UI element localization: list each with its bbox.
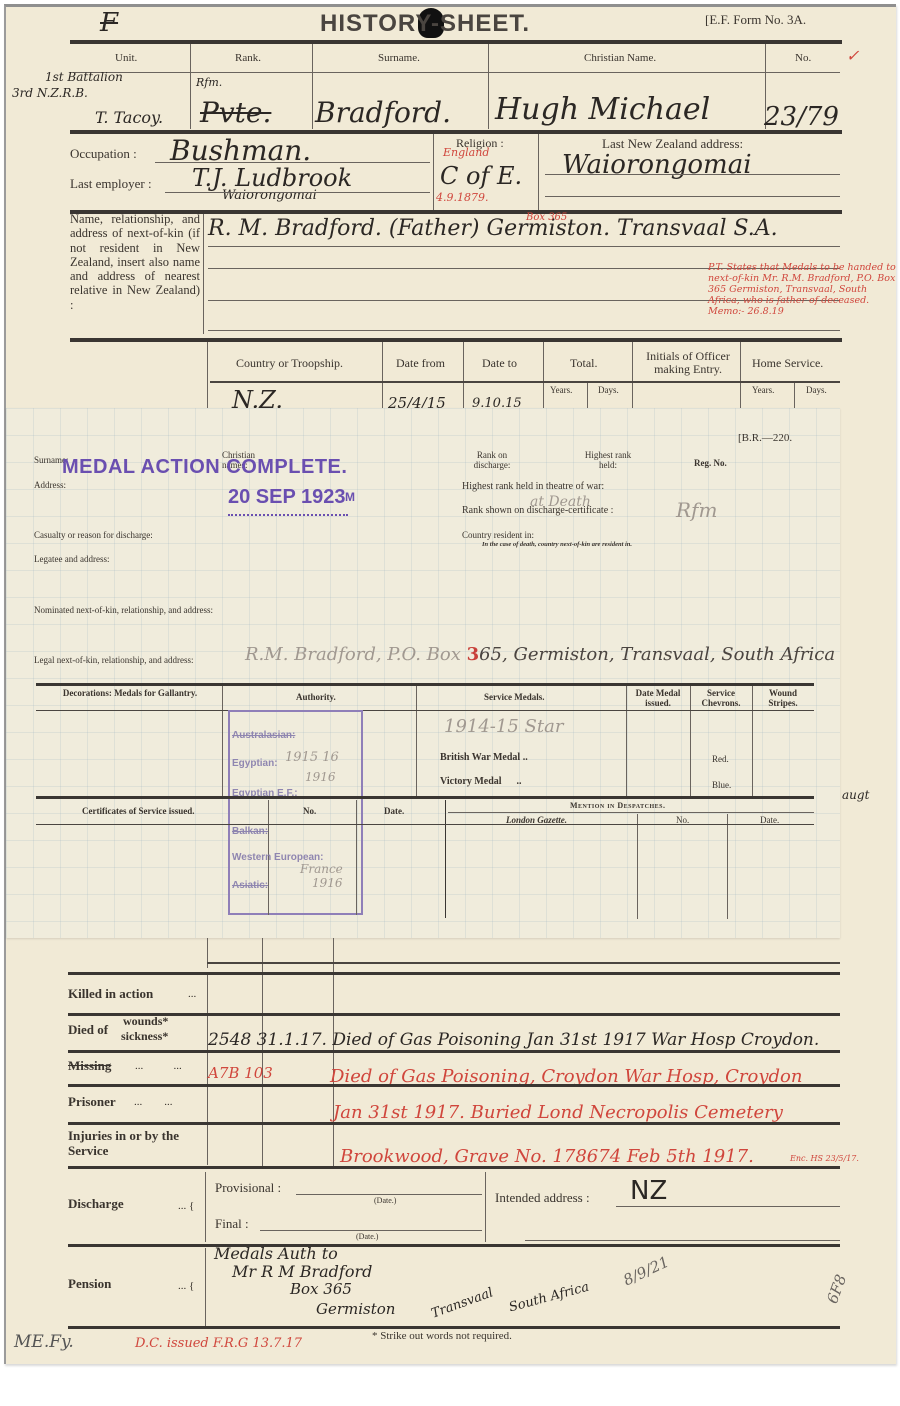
label-country-resident: Country resident in: (462, 530, 534, 540)
pension-line2: Mr R M Bradford (232, 1262, 372, 1281)
rank-above: Rfm. (196, 76, 222, 89)
birth-date: 4.9.1879. (436, 191, 488, 204)
header-wound-stripes: Wound Stripes. (754, 688, 812, 708)
nz-address-value: Waiorongomai (562, 150, 752, 180)
page-title: HISTORY-SHEET. (320, 10, 530, 38)
stamp-date: 20 SEP 1923 (228, 486, 346, 509)
label-died-sickness: sickness* (121, 1029, 168, 1044)
intended-address-value: NZ (630, 1176, 667, 1206)
label-legal-nok: Legal next-of-kin, relationship, and add… (34, 655, 193, 665)
star-medal-value: 1914-15 Star (444, 716, 563, 737)
next-of-kin-red-note: P.T. States that Medals to be handed to … (708, 262, 898, 317)
unit-line1: 1st Battalion (45, 70, 123, 84)
last-employer-place: Waiorongomai (222, 188, 317, 203)
prisoner-dots: ... ... (134, 1096, 173, 1108)
stamp-initials: M (345, 490, 355, 504)
label-surname: Surname. (378, 52, 420, 64)
label-reg-no: Reg. No. (694, 458, 727, 468)
header-service-chevrons: Service Chevrons. (692, 688, 750, 708)
dc-issued-note: D.C. issued F.R.G 13.7.17 (135, 1336, 302, 1351)
header-home-service: Home Service. (752, 356, 823, 371)
red-entry-line3-note: Enc. HS 23/5/17. (790, 1154, 859, 1163)
label-nominated-nok: Nominated next-of-kin, relationship, and… (34, 605, 213, 615)
label-next-of-kin: Name, relationship, and address of next-… (70, 212, 200, 312)
corner-mark: F (100, 8, 118, 38)
authority-egyptian: Egyptian: (232, 758, 278, 769)
missing-ref: A7B 103 (208, 1064, 273, 1082)
authority-egyptian-value2: 1916 (305, 770, 336, 784)
label-casualty: Casualty or reason for discharge: (34, 530, 153, 540)
header-total: Total. (570, 356, 598, 371)
label-address-card: Address: (34, 480, 66, 490)
religion-note: England (443, 146, 489, 159)
medal-card-form-ref: [B.R.—220. (738, 432, 792, 444)
killed-dots: ... (188, 988, 196, 1000)
next-of-kin-value: R. M. Bradford. (Father) Germiston. Tran… (208, 216, 778, 241)
christian-name-value: Hugh Michael (495, 92, 710, 127)
legal-nok-part2: 65, Germiston, Transvaal, South Africa (479, 644, 835, 665)
authority-egyptian-value: 1915 16 (285, 750, 339, 765)
sub-days-home: Days. (806, 385, 827, 395)
label-discharge: Discharge (68, 1196, 124, 1212)
victory-medal: Victory Medal .. (440, 776, 522, 787)
service-number: 23/79 (764, 102, 839, 132)
label-last-employer: Last employer : (70, 176, 152, 192)
mention-despatches-title: Mention in Despatches. (570, 801, 665, 810)
chevron-blue: Blue. (712, 780, 731, 790)
label-pension: Pension (68, 1276, 111, 1292)
header-service-medals: Service Medals. (484, 692, 544, 702)
label-rank-on-discharge: Rank on discharge: (462, 450, 522, 470)
label-injuries: Injuries in or by the Service (68, 1128, 208, 1158)
missing-dots: ... ... (135, 1060, 182, 1072)
label-no: No. (795, 52, 811, 64)
authority-western-value: France (300, 862, 343, 876)
stamp-underline (228, 513, 348, 516)
label-died-of: Died of (68, 1022, 108, 1038)
medal-action-stamp: MEDAL ACTION COMPLETE. (62, 456, 347, 479)
legal-nok-red-digit: 3 (467, 644, 480, 665)
rank-discharge-cert-value: Rfm (676, 498, 717, 522)
surname-value: Bradford. (315, 96, 451, 129)
label-provisional: Provisional : (215, 1180, 281, 1196)
pension-line1: Medals Auth to (214, 1244, 338, 1263)
label-missing: Missing (68, 1058, 111, 1074)
sub-years-total: Years. (550, 385, 572, 395)
header-authority: Authority. (296, 692, 336, 702)
header-date-from: Date from (396, 356, 445, 371)
label-highest-rank: Highest rank held: (578, 450, 638, 470)
authority-western-value2: 1916 (312, 876, 343, 890)
authority-asiatic: Asiatic: (232, 880, 268, 891)
check-mark: ✓ (846, 46, 859, 65)
header-cert-date: Date. (384, 806, 404, 816)
footer-initials: ME.Fy. (14, 1332, 74, 1352)
legal-nok-part1: R.M. Bradford, P.O. Box (245, 644, 467, 665)
chevron-red: Red. (712, 754, 729, 764)
unit-line3: T. Tacoy. (95, 108, 163, 127)
country-resident-note: In the case of death, country next-of-ki… (482, 541, 632, 548)
pension-line4: Germiston (316, 1300, 395, 1318)
label-legatee: Legatee and address: (34, 554, 109, 564)
legal-nok-value: R.M. Bradford, P.O. Box 365, Germiston, … (245, 644, 835, 665)
margin-note: augt (842, 788, 869, 802)
authority-balkan: Balkan: (232, 826, 268, 837)
label-final: Final : (215, 1216, 249, 1232)
label-rank-discharge-cert: Rank shown on discharge-certificate : (462, 505, 613, 516)
rank-value: Pvte. (200, 96, 271, 129)
header-date-medal: Date Medal issued. (628, 688, 688, 708)
label-unit: Unit. (115, 52, 137, 64)
authority-australasian: Australasian: (232, 730, 295, 741)
label-killed-in-action: Killed in action (68, 986, 153, 1002)
header-initials: Initials of Officer making Entry. (638, 350, 738, 376)
header-country: Country or Troopship. (236, 356, 343, 371)
header-cert-no: No. (303, 806, 316, 816)
red-entry-line3: Brookwood, Grave No. 178674 Feb 5th 1917… (340, 1146, 754, 1167)
header-certificates: Certificates of Service issued. (82, 806, 194, 816)
discharge-dots: ... { (178, 1200, 194, 1212)
label-prisoner: Prisoner (68, 1094, 116, 1110)
label-highest-rank-theatre: Highest rank held in theatre of war: (462, 481, 604, 492)
next-of-kin-box-note: Box 365 (526, 212, 567, 223)
form-number: [E.F. Form No. 3A. (705, 12, 806, 28)
red-entry-line2: Jan 31st 1917. Buried Lond Necropolis Ce… (333, 1102, 783, 1123)
label-rank: Rank. (235, 52, 261, 64)
sub-days-total: Days. (598, 385, 619, 395)
label-intended-address: Intended address : (495, 1190, 590, 1206)
unit-line2: 3rd N.Z.R.B. (12, 86, 88, 100)
header-date-to: Date to (482, 356, 517, 371)
header-decorations: Decorations: Medals for Gallantry. (60, 688, 200, 698)
pension-line3: Box 365 (290, 1280, 352, 1298)
british-war-medal: British War Medal .. (440, 752, 528, 763)
religion-value: C of E. (440, 162, 522, 190)
died-entry: 2548 31.1.17. Died of Gas Poisoning Jan … (208, 1030, 819, 1050)
medal-card (6, 408, 840, 938)
sub-years-home: Years. (752, 385, 774, 395)
provisional-date-caption: (Date.) (374, 1196, 396, 1205)
label-died-wounds: wounds* (123, 1014, 168, 1029)
final-date-caption: (Date.) (356, 1232, 378, 1241)
strike-out-note: * Strike out words not required. (372, 1330, 512, 1342)
label-christian-name: Christian Name. (584, 52, 656, 64)
label-occupation: Occupation : (70, 146, 137, 162)
pension-dots: ... { (178, 1280, 194, 1292)
